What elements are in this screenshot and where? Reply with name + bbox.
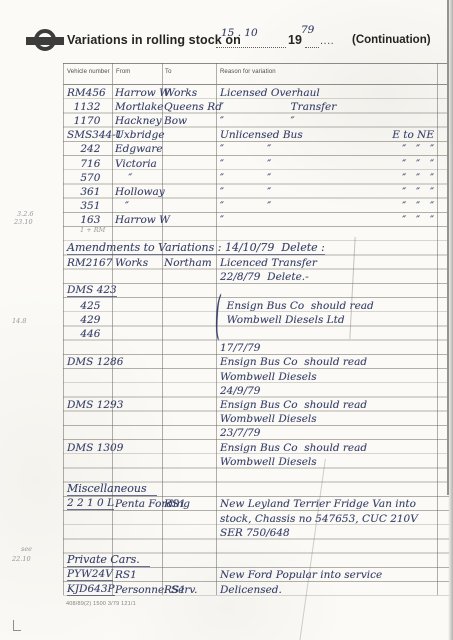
reason-cell: ″ ″ — [220, 115, 295, 127]
to-cell: Queens Rd — [164, 101, 222, 113]
reason-cell: stock, Chassis no 547653, CUC 210V — [220, 513, 418, 525]
table-row: Amendments to Variations : 14/10/79 Dele… — [63, 241, 437, 255]
table-row: DMS 1286Ensign Bus Co should read — [63, 355, 437, 369]
from-cell: Edgware — [115, 143, 163, 155]
pencil-margin-note: 1 + RM — [80, 226, 105, 234]
reason-cell: Ensign Bus Co should read — [220, 399, 367, 411]
reason-cell: Wombwell Diesels — [220, 413, 317, 425]
table-row: 23/7/79 — [63, 426, 437, 440]
reason-side-note: ″ ″ ″ — [402, 172, 434, 184]
continuation-label: (Continuation) — [352, 34, 431, 46]
section-heading: Private Cars. — [67, 553, 150, 567]
corner-registration-mark — [13, 620, 21, 631]
table-row — [63, 227, 437, 241]
vehicle-cell: DMS 1309 — [67, 442, 123, 454]
table-row: 2 2 1 0 LPenta FordingRS1New Leyland Ter… — [63, 497, 437, 511]
column-header-reason: Reason for variation — [220, 69, 276, 75]
form-title: Variations in rolling stock on — [67, 33, 241, 47]
vehicle-cell: 570 — [67, 172, 100, 184]
from-cell: RS1 — [115, 569, 137, 581]
vehicle-cell: 361 — [67, 186, 100, 198]
reason-cell: Unlicensed Bus — [220, 129, 303, 141]
column-header-vehicle: Vehicle number — [67, 69, 110, 75]
table-row: DMS 423 — [63, 284, 437, 298]
to-cell: Bow — [164, 115, 187, 127]
table-row: stock, Chassis no 547653, CUC 210V — [63, 511, 437, 525]
vehicle-cell: 1170 — [67, 115, 100, 127]
pencil-margin-note: see — [21, 545, 32, 553]
vehicle-cell: PYW24V — [67, 568, 113, 581]
reason-side-note: E to NE — [392, 129, 434, 141]
from-cell: Mortlake — [115, 101, 164, 113]
reason-cell: Ensign Bus Co should read — [220, 356, 367, 368]
column-header-to: To — [165, 69, 172, 75]
reason-side-note: ″ ″ ″ — [402, 214, 434, 226]
table-row: 242Edgware″ ″″ ″ ″ — [63, 142, 437, 156]
form-code: 408/89(2) 1500 3/79 121/1 — [66, 601, 136, 607]
from-cell: Works — [115, 257, 148, 269]
vehicle-cell: 351 — [67, 200, 100, 212]
scan-edge-shadow — [448, 0, 453, 640]
table-row: 1170HackneyBow″ ″ — [63, 113, 437, 127]
table-row: 351 ″″ ″″ ″ ″ — [63, 199, 437, 213]
reason-cell: New Ford Popular into service — [220, 569, 382, 581]
table-row: RM2167WorksNorthamLicenced Transfer — [63, 255, 437, 269]
to-cell: RS1 — [164, 498, 186, 510]
reason-side-note: ″ ″ ″ — [402, 200, 434, 212]
reason-cell: 24/9/79 — [220, 385, 260, 397]
table-top-rule — [63, 63, 449, 64]
vehicle-cell: 425 — [67, 300, 100, 312]
vehicle-cell: 429 — [67, 314, 100, 326]
vehicle-cell: 242 — [67, 143, 100, 155]
handwritten-date: 15 . 10 — [221, 27, 258, 39]
scanned-form-page: Variations in rolling stock on 15 . 10 1… — [0, 0, 453, 640]
printed-year-prefix: 19 — [288, 33, 302, 47]
table-row: 570 ″″ ″″ ″ ″ — [63, 170, 437, 184]
reason-cell: 22/8/79 Delete.- — [220, 271, 309, 283]
table-row: 17/7/79 — [63, 341, 437, 355]
from-cell: Harrow W — [115, 214, 170, 226]
reason-side-note: ″ ″ ″ — [402, 143, 434, 155]
vehicle-cell: RM456 — [67, 87, 106, 99]
reason-side-note: ″ ″ ″ — [402, 158, 434, 170]
pencil-margin-note: 3.2.6 — [17, 210, 34, 218]
table-row: 429 Wombwell Diesels Ltd — [63, 312, 437, 326]
reason-cell: ″ ″ — [220, 143, 271, 155]
table-row: 163Harrow W″″ ″ ″ — [63, 213, 437, 227]
table-row: 22/8/79 Delete.- — [63, 270, 437, 284]
vehicle-cell: 446 — [67, 328, 100, 340]
table-row: KJD643PPersonnel Serv.RS1Delicensed. — [63, 582, 437, 596]
vehicle-cell: 2 2 1 0 L — [67, 497, 114, 510]
pencil-margin-note: 22.10 — [12, 555, 31, 563]
from-cell: Holloway — [115, 186, 165, 198]
pencil-margin-note: 23.10 — [14, 218, 33, 226]
reason-cell: 17/7/79 — [220, 342, 260, 354]
reason-cell: Licensed Overhaul — [220, 87, 320, 99]
table-row — [63, 539, 437, 553]
amendments-note: Amendments to Variations : 14/10/79 Dele… — [67, 241, 325, 255]
reason-cell: Wombwell Diesels Ltd — [220, 314, 345, 326]
table-row: DMS 1293Ensign Bus Co should read — [63, 397, 437, 411]
from-cell: Uxbridge — [115, 129, 165, 141]
table-row: 425 Ensign Bus Co should read — [63, 298, 437, 312]
table-row: Miscellaneous — [63, 483, 437, 497]
reason-cell: SER 750/648 — [220, 527, 290, 539]
reason-cell: ″ — [220, 214, 224, 226]
reason-cell: Wombwell Diesels — [220, 371, 317, 383]
reason-cell: 23/7/79 — [220, 427, 260, 439]
vehicle-cell: DMS 423 — [67, 284, 117, 297]
trailing-dots: .... — [320, 35, 334, 47]
section-heading: Miscellaneous — [67, 482, 157, 496]
table-row: PYW24VRS1New Ford Popular into service — [63, 568, 437, 582]
vehicle-cell: 716 — [67, 158, 100, 170]
from-cell: ″ — [115, 200, 129, 212]
reason-cell: Wombwell Diesels — [220, 456, 317, 468]
table-body: RM456Harrow WWorksLicensed Overhaul 1132… — [63, 84, 449, 597]
from-cell: ″ — [115, 172, 132, 184]
brace-mark: ( — [215, 285, 221, 346]
reason-cell: ″ ″ — [220, 186, 271, 198]
reason-cell: Licenced Transfer — [220, 257, 317, 269]
pencil-margin-note: 14.8 — [12, 317, 26, 325]
table-row: 361Holloway″ ″″ ″ ″ — [63, 184, 437, 198]
table-row: Private Cars. — [63, 554, 437, 568]
scan-edge-line — [447, 0, 449, 495]
table-row: DMS 1309Ensign Bus Co should read — [63, 440, 437, 454]
reason-cell: Delicensed. — [220, 584, 282, 596]
vehicle-cell: 1132 — [67, 101, 100, 113]
table-row: 716Victoria″ ″″ ″ ″ — [63, 156, 437, 170]
from-cell: Hackney — [115, 115, 162, 127]
vehicle-cell: DMS 1286 — [67, 356, 123, 368]
table-row — [63, 468, 437, 482]
table-row: 446 — [63, 326, 437, 340]
vehicle-cell: DMS 1293 — [67, 399, 123, 411]
vehicle-cell: 163 — [67, 214, 100, 226]
table-row: 1132MortlakeQueens Rd″ Transfer — [63, 99, 437, 113]
table-row: Wombwell Diesels — [63, 369, 437, 383]
from-cell: Victoria — [115, 158, 157, 170]
table-row: Wombwell Diesels — [63, 412, 437, 426]
handwritten-year: 79 — [301, 24, 314, 36]
to-cell: Works — [164, 87, 197, 99]
reason-cell: ″ ″ — [220, 200, 271, 212]
reason-cell: ″ ″ — [220, 172, 271, 184]
date-dotted-line — [216, 46, 286, 48]
reason-cell: ″ Transfer — [220, 101, 336, 113]
vehicle-cell: KJD643P — [67, 583, 115, 596]
vehicle-cell: RM2167 — [67, 257, 112, 269]
table-row: SMS344-1UxbridgeUnlicensed BusE to NE — [63, 128, 437, 142]
table-row: 24/9/79 — [63, 383, 437, 397]
roundel-bar — [26, 37, 64, 45]
reason-side-note: ″ ″ ″ — [402, 186, 434, 198]
to-cell: Northam — [164, 257, 212, 269]
table-row: SER 750/648 — [63, 525, 437, 539]
reason-cell: ″ ″ — [220, 158, 271, 170]
table-row: Wombwell Diesels — [63, 454, 437, 468]
from-cell: Harrow W — [115, 87, 170, 99]
to-cell: RS1 — [164, 584, 186, 596]
table-row: RM456Harrow WWorksLicensed Overhaul — [63, 85, 437, 99]
year-dotted-line — [305, 46, 319, 48]
london-transport-roundel-logo — [26, 29, 64, 52]
column-header-from: From — [116, 69, 130, 75]
reason-cell: Ensign Bus Co should read — [220, 442, 367, 454]
